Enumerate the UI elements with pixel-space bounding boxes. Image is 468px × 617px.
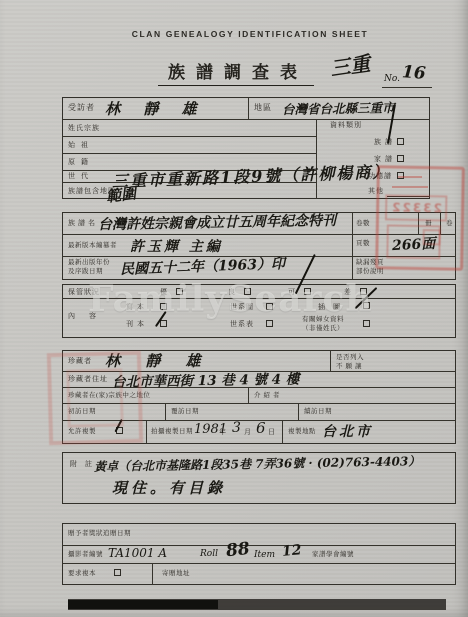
- coverage-handwriting-2: 範圍: [105, 182, 137, 207]
- compiler-label: 最新版本編纂者: [68, 242, 117, 249]
- content-lineage-chart-checkbox: [266, 303, 273, 310]
- photographer-number-label: 攝影者編號: [68, 551, 103, 558]
- content-printed-label: 刊本: [126, 320, 148, 328]
- no-underline: [382, 87, 432, 88]
- category-family-genealogy-label: 家譜: [374, 155, 396, 163]
- condition-label: 保管狀況: [68, 288, 100, 296]
- condition-excellent-label: 優: [160, 288, 168, 296]
- content-manuscript-checkbox: [160, 303, 167, 310]
- generations-label: 世代: [68, 172, 94, 180]
- condition-fair-checkbox: [304, 288, 311, 295]
- interviewee-label: 受訪者: [68, 103, 95, 112]
- first-ancestor-label: 始祖: [68, 141, 94, 149]
- content-printed-checkbox: [160, 320, 167, 327]
- scanned-genealogy-form: CLAN GENEALOGY IDENTIFICATION SHEET 族譜調查…: [0, 0, 468, 617]
- table-d-divider-r5b: [282, 420, 283, 444]
- table-f-divider-r3: [152, 563, 153, 585]
- keeper-address-handwriting: 台北市華西街 13 巷 4 號 4 樓: [112, 367, 300, 390]
- red-stamp-trace-2: [398, 176, 422, 178]
- condition-good-label: 良: [228, 288, 236, 296]
- no-label: No.: [384, 74, 400, 84]
- roll-number-handwriting: 88: [225, 539, 251, 561]
- item-number-handwriting: 12: [281, 542, 302, 560]
- copy-permit-label: 允許複製: [68, 428, 96, 435]
- interviewee-handwriting: 林 靜 雄: [105, 98, 205, 119]
- volumes-label: 卷數: [356, 220, 370, 227]
- category-clan-genealogy-label: 族譜: [374, 138, 396, 146]
- day-unit-label: 日: [268, 428, 276, 436]
- item-label-handwriting: Item: [254, 550, 275, 560]
- surname-clan-label: 姓氏宗族: [68, 124, 100, 132]
- copy-date-label: 拍攝複製日期: [151, 428, 193, 435]
- content-lineage-table-checkbox: [266, 320, 273, 327]
- content-women-data-label-2: （非僅姓氏）: [302, 325, 344, 332]
- content-label: 內容: [68, 312, 110, 320]
- society-number-label: 家譜學會編號: [312, 551, 354, 558]
- no-value-handwriting: 16: [401, 62, 426, 84]
- listed-label-1: 是否列入: [336, 354, 364, 361]
- category-label: 資料類別: [330, 121, 362, 129]
- missing-pages-label-1: 缺漏殘頁: [356, 259, 384, 266]
- region-label: 地區: [254, 103, 272, 112]
- table-d-divider-r1: [330, 350, 331, 371]
- condition-good-checkbox: [244, 288, 251, 295]
- scan-shadow-band-dark: [68, 600, 218, 609]
- copy-request-checkbox: [114, 569, 121, 576]
- introducer-label: 介紹者: [254, 392, 283, 399]
- page-title: 族譜調查表: [158, 58, 314, 86]
- photographer-number-handwriting: TA1001 A: [108, 546, 167, 560]
- listed-label-2: 不願讓: [336, 363, 365, 370]
- volume-unit-ce: 冊: [425, 220, 432, 227]
- table-d-divider-r4b: [298, 403, 299, 420]
- category-family-genealogy-checkbox: [397, 155, 404, 162]
- other-underline: [387, 196, 429, 197]
- roll-label-handwriting: Roll: [200, 549, 218, 559]
- pages-label: 頁數: [356, 240, 370, 247]
- keeper-handwriting: 林 靜 雄: [105, 350, 210, 371]
- category-clan-genealogy-checkbox: [397, 138, 404, 145]
- table-b-right-divider: [352, 212, 353, 280]
- content-manuscript-label: 寫本: [126, 303, 148, 311]
- notes-handwriting-line2: 現住。有目錄: [112, 477, 226, 498]
- genealogy-name-handwriting: 台灣許姓宗親會成立廿五周年紀念特刊: [98, 210, 336, 234]
- title-annotation-handwriting: 三重: [328, 47, 372, 81]
- category-merit-genealogy-label: 功德譜: [368, 172, 392, 180]
- copy-request-label: 要求複本: [68, 570, 96, 577]
- table-c-line1: [62, 298, 456, 299]
- content-women-data-checkbox: [363, 320, 370, 327]
- keeper-address-label: 珍藏者住址: [68, 375, 108, 383]
- copy-day-handwriting: 6: [256, 419, 266, 437]
- table-d-line3: [62, 403, 456, 404]
- table-a-divider-r1: [248, 97, 249, 119]
- copy-month-handwriting: 3: [232, 420, 241, 436]
- content-women-data-label-1: 有關婦女資料: [302, 316, 344, 323]
- table-a-line3: [62, 153, 316, 154]
- keeper-position-label: 珍藏者在(家)宗族中之地位: [68, 392, 150, 399]
- table-condition-content: [62, 284, 456, 338]
- copy-place-handwriting: 台北市: [322, 421, 373, 441]
- publish-year-label-2: 及序跋日期: [68, 268, 103, 275]
- table-b-ce-divider: [418, 212, 419, 234]
- mailing-address-label: 寄贈地址: [162, 570, 190, 577]
- publish-year-label-1: 最新出版年份: [68, 259, 110, 266]
- compiler-handwriting: 許玉輝 主編: [130, 236, 223, 256]
- condition-poor-checkbox: [360, 288, 367, 295]
- english-header: CLAN GENEALOGY IDENTIFICATION SHEET: [80, 29, 420, 39]
- missing-pages-label-2: 部份說明: [356, 268, 384, 275]
- category-other-label: 其他: [368, 187, 384, 195]
- table-d-divider-r3: [248, 387, 249, 403]
- table-a-right-col-divider: [316, 119, 317, 199]
- content-lineage-table-label: 世系表: [230, 320, 254, 328]
- genealogy-name-label: 族譜名: [68, 219, 98, 227]
- month-unit-label: 月: [244, 428, 252, 436]
- table-b-juan-divider: [440, 212, 441, 234]
- donor-award-date-label: 贈予者獎狀追贈日期: [68, 530, 131, 537]
- first-visit-date-label: 初訪日期: [68, 408, 96, 415]
- table-d-divider-r4a: [165, 403, 166, 420]
- content-lineage-chart-label: 世系圖: [230, 303, 254, 311]
- condition-poor-label: 差: [344, 288, 352, 296]
- content-illustrations-label: 插圖: [318, 303, 348, 311]
- second-visit-date-label: 覆訪日期: [171, 408, 199, 415]
- red-stamp-trace-1: [392, 186, 428, 188]
- content-illustrations-checkbox: [363, 302, 370, 309]
- volume-unit-juan: 卷: [446, 220, 453, 227]
- table-d-divider-r5a: [146, 420, 147, 444]
- condition-excellent-checkbox: [176, 288, 183, 295]
- followup-visit-date-label: 續訪日期: [304, 408, 332, 415]
- table-a-line1: [62, 119, 430, 120]
- copy-place-label: 複製地點: [288, 428, 316, 435]
- table-f-line2: [62, 563, 456, 564]
- table-a-line2: [62, 136, 316, 137]
- year-unit-label: 年: [219, 428, 227, 436]
- pages-handwriting: 266面: [392, 233, 436, 255]
- region-handwriting: 台灣省台北縣三重市: [282, 98, 395, 118]
- keeper-label: 珍藏者: [68, 357, 92, 365]
- original-domicile-label: 原籍: [68, 158, 94, 166]
